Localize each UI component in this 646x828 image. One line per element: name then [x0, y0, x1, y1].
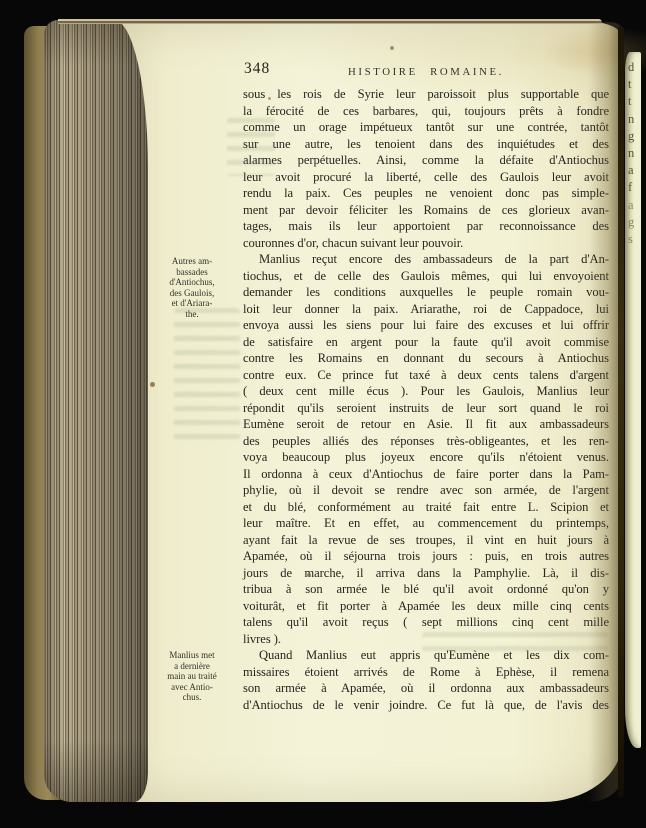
book-photo: 348 HISTOIRE ROMAINE. Autres am-bassades…	[0, 0, 646, 828]
body-line: loit leur donner la paix. Ariarathe, roi…	[243, 301, 609, 318]
body-line: sur une autre, les tenoient dans des inq…	[243, 136, 609, 153]
gutter-shadow	[588, 22, 622, 802]
body-line: des peuples alliés des réponses très-obl…	[243, 433, 609, 450]
body-line: talens qu'il avoit reçus ( sept millions…	[243, 614, 609, 631]
edge-letter: s	[628, 232, 633, 246]
body-line: répondit qu'ils seroient instruits de le…	[243, 400, 609, 417]
edge-letter: f	[628, 180, 632, 194]
body-line: alarmes perpétuelles. Ainsi, comme la dé…	[243, 152, 609, 169]
photo-background: { "page": { "folio": "348", "running_hea…	[0, 0, 646, 828]
body-line: sous les rois de Syrie leur paroissoit p…	[243, 86, 609, 103]
body-line: Eumène seroit de retour en Asie. Il fit …	[243, 416, 609, 433]
body-line: leur maître. Et en effet, au commencemen…	[243, 515, 609, 532]
body-line: voiturât, et fit porter à Apamée les deu…	[243, 598, 609, 615]
margin-note-line: a dernière	[156, 661, 228, 672]
edge-letter: g	[628, 129, 634, 143]
margin-note: Manlius meta dernièremain au traitéavec …	[156, 650, 228, 703]
body-line: et du blé, conformément au traité fait e…	[243, 499, 609, 516]
body-line: Il ordonna à ceux d'Antiochus de faire p…	[243, 466, 609, 483]
gutter-line	[618, 26, 624, 798]
body-text: sous les rois de Syrie leur paroissoit p…	[243, 86, 609, 713]
foxing-spot	[390, 46, 394, 50]
foxing-spot	[307, 573, 311, 577]
body-line: tiochus, et de celle des Gaulois mêmes, …	[243, 268, 609, 285]
edge-letter: a	[628, 198, 634, 212]
show-through-patch	[422, 632, 608, 652]
body-line: phylie, où il devoit se rendre avec son …	[243, 482, 609, 499]
margin-note-line: d'Antiochus,	[156, 277, 228, 288]
margin-note-line: bassades	[156, 267, 228, 278]
show-through-patch	[174, 308, 240, 448]
edge-letter: a	[628, 163, 634, 177]
body-line: ment par devoir féliciter les Romains de…	[243, 202, 609, 219]
body-line: la férocité de ces barbares, qui, toujou…	[243, 103, 609, 120]
edge-letter: g	[628, 215, 634, 229]
edge-letter: d	[628, 60, 634, 74]
margin-note-line: main au traité	[156, 671, 228, 682]
body-line: leur avoit procuré la liberté, celle des…	[243, 169, 609, 186]
body-line: voya beaucoup plus joyeux encore qu'ils …	[243, 449, 609, 466]
edge-letter: n	[628, 112, 634, 126]
body-line: couronnes d'or, chacun suivant leur pouv…	[243, 235, 609, 252]
margin-note-line: chus.	[156, 692, 228, 703]
body-line: jours de marche, il arriva dans la Pamph…	[243, 565, 609, 582]
body-line: son armée à Apamée, où il ordonna aux am…	[243, 680, 609, 697]
fore-edge-page-stack	[44, 20, 148, 802]
body-line: comme un orage impétueux tantôt sur une …	[243, 119, 609, 136]
foxing-spot	[150, 382, 155, 387]
body-line: missaires étoient arrivés de Rome à Ephè…	[243, 664, 609, 681]
body-line: Manlius reçut encore des ambassadeurs de…	[243, 251, 609, 268]
body-line: tages, mais ils leur apportoient par rec…	[243, 218, 609, 235]
show-through-patch	[227, 118, 275, 176]
body-line: tribua à son armée le blé qu'il avoit or…	[243, 581, 609, 598]
body-line: ( deux cent mille écus ). Pour les Gaulo…	[243, 383, 609, 400]
margin-note-line: Manlius met	[156, 650, 228, 661]
body-line: d'Antiochus de le venir joindre. Ce fut …	[243, 697, 609, 714]
body-line: envoya aussi les siens pour lui faire de…	[243, 317, 609, 334]
body-line: demander les conditions auxquelles le pe…	[243, 284, 609, 301]
body-line: contre les Romains en donnant du secours…	[243, 350, 609, 367]
edge-letter: t	[628, 77, 631, 91]
edge-letter: n	[628, 146, 634, 160]
running-header: HISTOIRE ROMAINE.	[243, 66, 609, 78]
margin-note-line: des Gaulois,	[156, 288, 228, 299]
foxing-spot	[268, 97, 271, 100]
body-line: Apamée, où il séjourna trois jours : pui…	[243, 548, 609, 565]
page-top-edge	[58, 19, 602, 26]
edge-letter: t	[628, 94, 631, 108]
body-line: ayant fait la revue de ses troupes, il v…	[243, 532, 609, 549]
body-line: contre eux. Ce prince fut taxé à deux ce…	[243, 367, 609, 384]
body-line: de satisfaire en argent pour la faute qu…	[243, 334, 609, 351]
margin-note-line: Autres am-	[156, 256, 228, 267]
margin-note-line: avec Antio-	[156, 682, 228, 693]
facing-page-sliver: dttngnafags	[625, 52, 641, 748]
book-page: 348 HISTOIRE ROMAINE. Autres am-bassades…	[112, 22, 622, 802]
body-line: rendu la paix. Ces peuples ne venoient d…	[243, 185, 609, 202]
